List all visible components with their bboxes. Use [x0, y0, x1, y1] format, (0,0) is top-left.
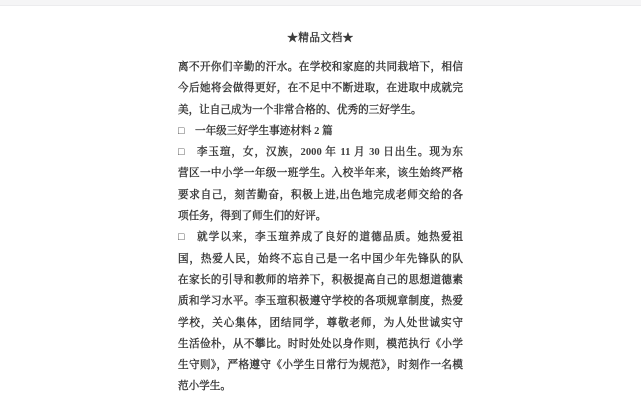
doc-line: 项任务，得到了师生们的好评。: [178, 206, 463, 227]
doc-line: 离不开你们辛勤的汗水。在学校和家庭的共同栽培下，相信: [178, 57, 463, 78]
doc-line: □ 一年级三好学生事迹材料 2 篇: [178, 121, 463, 142]
doc-line: 国，热爱人民，始终不忘自己是一名中国少年先锋队的队员，: [178, 249, 463, 270]
doc-line: 在家长的引导和教师的培养下，积极提高自己的思想道德素: [178, 270, 463, 291]
document-page: ★精品文档★ 离不开你们辛勤的汗水。在学校和家庭的共同栽培下，相信 今后她将会做…: [178, 28, 463, 396]
doc-line: □ 李玉瑄，女，汉族，2000 年 11 月 30 日出生。现为东: [178, 142, 463, 163]
doc-watermark-title: ★精品文档★: [178, 28, 463, 49]
doc-line: 范小学生。: [178, 376, 463, 396]
top-bar: [0, 0, 641, 6]
doc-line: □ 就学以来，李玉瑄养成了良好的道德品质。她热爱祖: [178, 227, 463, 248]
doc-line: 质和学习水平。李玉瑄积极遵守学校的各项规章制度，热爱: [178, 291, 463, 312]
doc-line: 生守则》，严格遵守《小学生日常行为规范》，时刻作一名模: [178, 355, 463, 376]
doc-line: 今后她将会做得更好，在不足中不断进取，在进取中成就完: [178, 78, 463, 99]
doc-line: 美，让自己成为一个非常合格的、优秀的三好学生。: [178, 100, 463, 121]
doc-line: 营区一中小学一年级一班学生。入校半年来，该生始终严格: [178, 163, 463, 184]
doc-line: 要求自己，刻苦勤奋，积极上进,出色地完成老师交给的各: [178, 185, 463, 206]
doc-line: 学校，关心集体，团结同学，尊敬老师，为人处世诚实守信，: [178, 313, 463, 334]
doc-line: 生活俭朴，从不攀比。时时处处以身作则，模范执行《小学: [178, 334, 463, 355]
